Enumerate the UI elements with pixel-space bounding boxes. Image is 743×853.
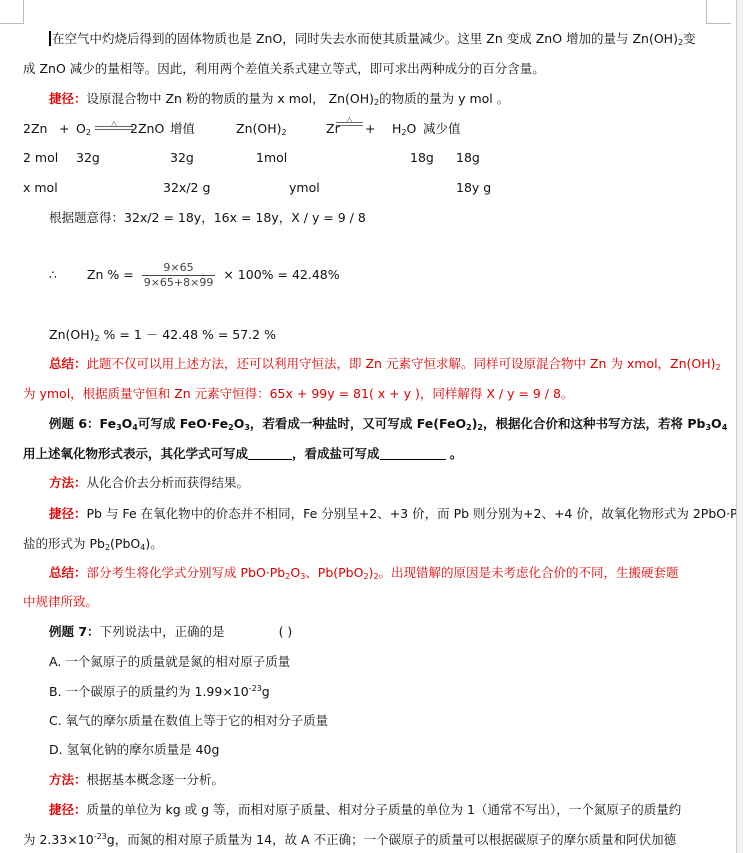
page-right-edge: [736, 0, 743, 853]
summary-line: 为 ymol，根据质量守恒和 Zn 元素守恒得：65x + 99y = 81( …: [23, 386, 573, 402]
summary-label: 总结：: [49, 356, 87, 371]
summary-label: 总结：: [49, 565, 87, 580]
formula-zn-percent: ∴ Zn % = 9×659×65+8×99 × 100% = 42.48%: [49, 261, 340, 290]
option-b: B. 一个碳原子的质量约为 1.99×10-23g: [49, 684, 270, 700]
option-a: A. 一个氮原子的质量就是氮的相对原子质量: [49, 654, 290, 670]
shortcut-line: 捷径：Pb 与 Fe 在氧化物中的价态并不相同，Fe 分别呈+2、+3 价，而 …: [49, 506, 743, 522]
shortcut-line: 盐的形式为 Pb2(PbO4)。: [23, 536, 163, 552]
example-6-question: 用上述氧化物形式表示，其化学式可写成，看成盐可写成 。: [23, 446, 462, 462]
shortcut-label: 捷径：: [49, 91, 87, 106]
answer-blank: [248, 447, 292, 460]
text-cursor: [49, 31, 51, 46]
summary-line: 总结：此题不仅可以用上述方法，还可以利用守恒法，即 Zn 元素守恒求解。同样可设…: [49, 356, 721, 372]
example-6-question: 例题 6：Fe3O4可写成 FeO·Fe2O3，若看成一种盐时，又可写成 Fe(…: [49, 416, 727, 432]
answer-blank: [380, 447, 446, 460]
summary-line: 总结：部分考生将化学式分别写成 PbO·Pb2O3、Pb(PbO2)2。出现错解…: [49, 565, 679, 581]
shortcut-line: 为 2.33×10-23g，而氮的相对原子质量为 14，故 A 不正确；一个碳原…: [23, 832, 676, 848]
shortcut-label: 捷径：: [49, 802, 87, 817]
document-page[interactable]: 在空气中灼烧后得到的固体物质也是 ZnO，同时失去水而使其质量减少。这里 Zn …: [0, 0, 736, 853]
page-corner-mark-top-left: [0, 0, 24, 24]
option-d: D. 氢氧化钠的摩尔质量是 40g: [49, 742, 219, 758]
method-label: 方法：: [49, 475, 87, 490]
heating-arrow-icon: △: [95, 117, 133, 133]
method-line: 方法：根据基本概念逐一分析。: [49, 772, 224, 788]
method-line: 方法：从化合价去分析而获得结果。: [49, 475, 249, 491]
option-c: C. 氧气的摩尔质量在数值上等于它的相对分子质量: [49, 713, 328, 729]
page-corner-mark-top-right: [706, 0, 731, 24]
summary-line: 中规律所致。: [23, 594, 98, 610]
example-7-question: 例题 7：下列说法中，正确的是( ): [49, 624, 292, 640]
shortcut-label: 捷径：: [49, 506, 87, 521]
heating-arrow-icon: △: [336, 113, 363, 129]
fraction: 9×659×65+8×99: [142, 261, 216, 290]
paragraph-line: 在空气中灼烧后得到的固体物质也是 ZnO，同时失去水而使其质量减少。这里 Zn …: [49, 31, 696, 47]
derivation-line: 根据题意得：32x/2 = 18y，16x = 18y，X / y = 9 / …: [49, 210, 366, 226]
paragraph-line: 成 ZnO 减少的量相等。因此，利用两个差值关系式建立等式，即可求出两种成分的百…: [23, 61, 545, 77]
therefore-symbol: ∴: [49, 267, 57, 282]
formula-znoh-percent: Zn(OH)2 % = 1 － 42.48 % = 57.2 %: [49, 327, 276, 343]
shortcut-line: 捷径：设原混合物中 Zn 粉的物质的量为 x mol， Zn(OH)2的物质的量…: [49, 91, 509, 107]
shortcut-line: 捷径：质量的单位为 kg 或 g 等，而相对原子质量、相对分子质量的单位为 1（…: [49, 802, 681, 818]
method-label: 方法：: [49, 772, 87, 787]
